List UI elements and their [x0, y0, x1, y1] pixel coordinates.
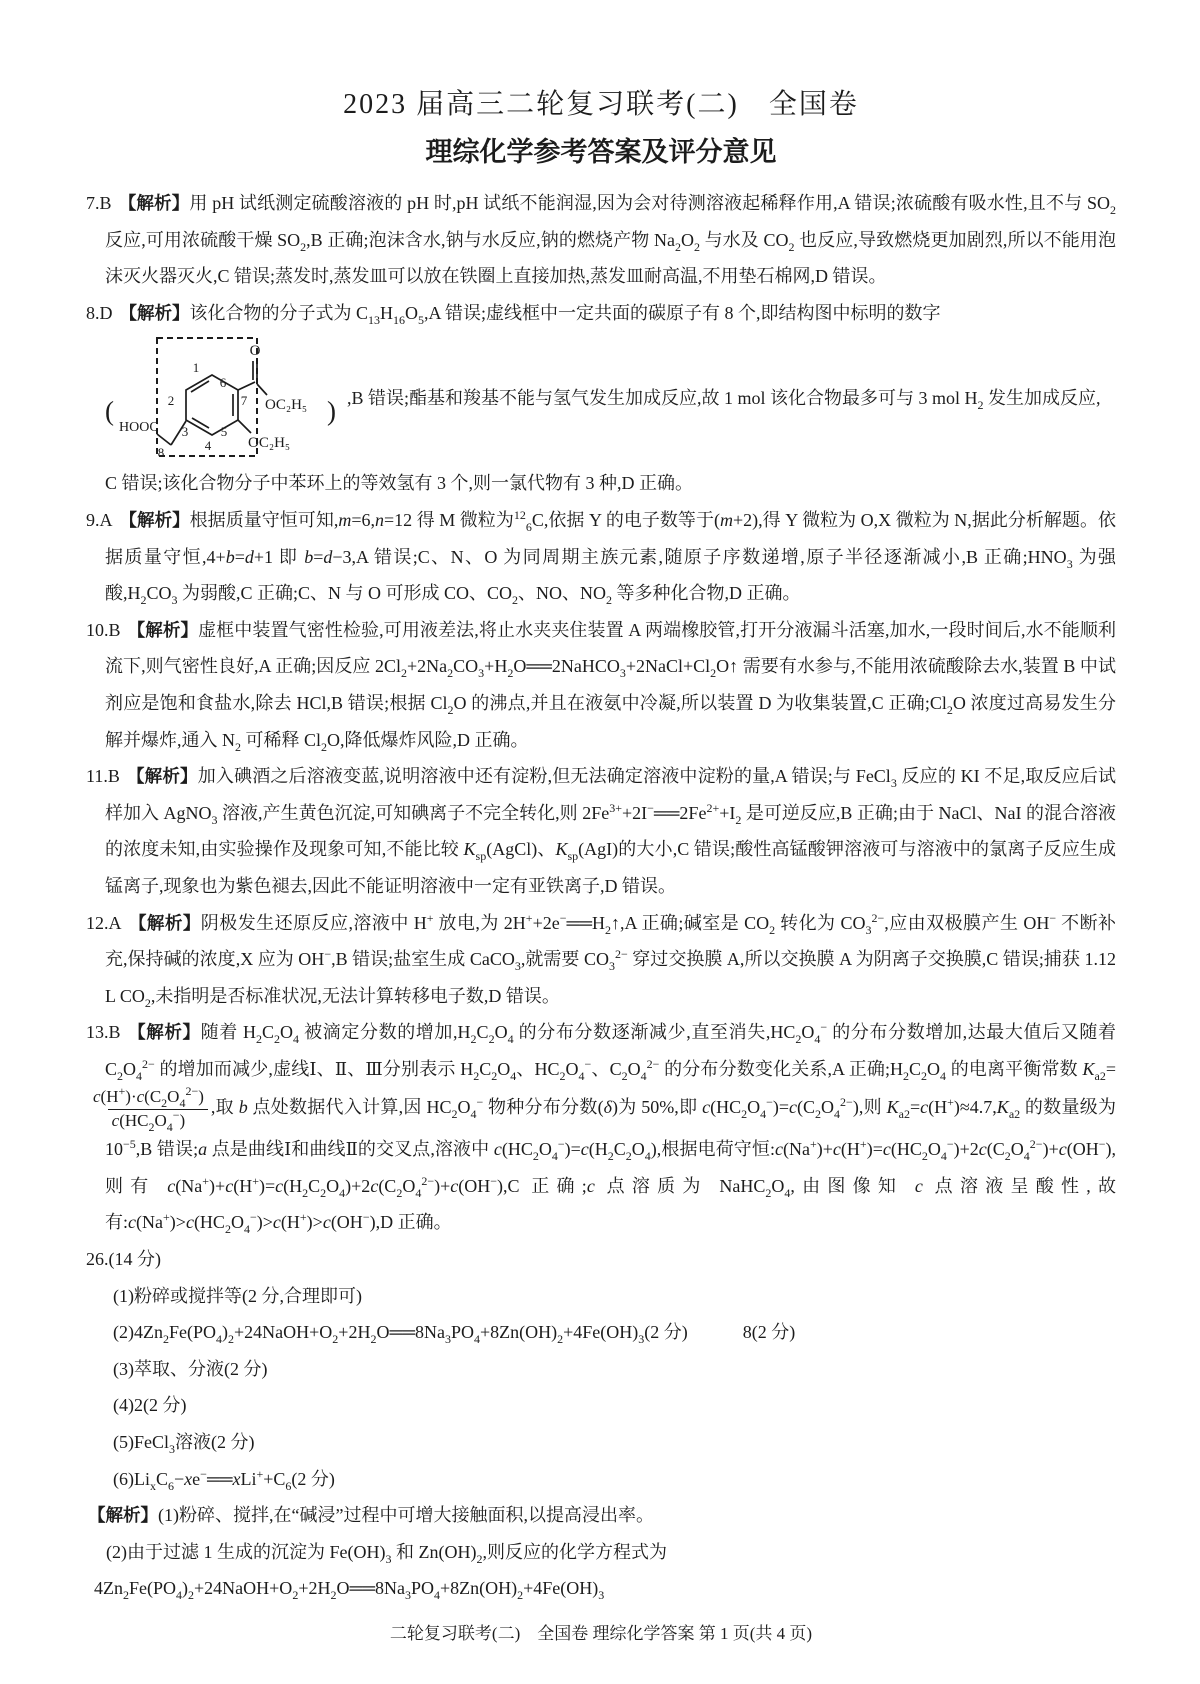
atom-number-1: 1	[193, 360, 200, 375]
q26-item-2: (2)4Zn2Fe(PO4)2+24NaOH+O2+2H2O══8Na3PO4+…	[86, 1314, 1116, 1351]
answer-q11: 11.B【解析】加入碘酒之后溶液变蓝,说明溶液中还有淀粉,但无法确定溶液中淀粉的…	[86, 758, 1116, 904]
carboxyl-group: HOOC	[119, 420, 159, 435]
q26-item-3-text: (3)萃取、分液(2 分)	[113, 1359, 267, 1379]
analysis-label: 【解析】	[128, 1022, 201, 1042]
q26-item-3: (3)萃取、分液(2 分)	[86, 1351, 1116, 1388]
q26-equation-line: 4Zn2Fe(PO4)2+24NaOH+O2+2H2O══8Na3PO4+8Zn…	[86, 1570, 1116, 1607]
answer-text-q7: 用 pH 试纸测定硫酸溶液的 pH 时,pH 试纸不能润湿,因为会对待测溶液起稀…	[105, 193, 1116, 286]
analysis-label: 【解析】	[119, 193, 190, 213]
left-paren: (	[105, 396, 114, 426]
atom-number-3: 3	[182, 424, 189, 439]
q26-item-4-text: (4)2(2 分)	[113, 1395, 186, 1415]
answer-q9: 9.A【解析】根据质量守恒可知,m=6,n=12 得 M 微粒为126C,依据 …	[86, 502, 1116, 612]
answer-text-q8-after: ,B 错误;酯基和羧基不能与氢气发生加成反应,故 1 mol 该化合物最多可与 …	[347, 380, 1116, 417]
exam-answer-page: 2023 届高三二轮复习联考(二) 全国卷 理综化学参考答案及评分意见 7.B【…	[0, 0, 1200, 1649]
q26-header: 26.(14 分)	[86, 1241, 1116, 1278]
question-number-11: 11.B	[86, 766, 120, 786]
atom-number-5: 5	[221, 424, 228, 439]
question-number-26: 26.(14 分)	[86, 1249, 161, 1269]
answer-text-q10: 虚框中装置气密性检验,可用液差法,将止水夹夹住装置 A 两端橡胶管,打开分液漏斗…	[105, 620, 1116, 750]
answer-q10: 10.B【解析】虚框中装置气密性检验,可用液差法,将止水夹夹住装置 A 两端橡胶…	[86, 612, 1116, 758]
analysis-label: 【解析】	[120, 510, 190, 530]
analysis-label: 【解析】	[127, 766, 198, 786]
question-number-12: 12.A	[86, 913, 122, 933]
molecule-structure-row: ( O OC₂H₅ OC₂H₅ HOOC 1 2 3 4 5 6 7 8 )	[86, 334, 1116, 462]
atom-number-7: 7	[241, 393, 248, 408]
answer-text-q11: 加入碘酒之后溶液变蓝,说明溶液中还有淀粉,但无法确定溶液中淀粉的量,A 错误;与…	[105, 766, 1116, 896]
question-number-8: 8.D	[86, 303, 113, 323]
benzene-ring-structure-diagram: ( O OC₂H₅ OC₂H₅ HOOC 1 2 3 4 5 6 7 8 )	[105, 334, 343, 462]
atom-number-4: 4	[205, 438, 212, 453]
question-number-13: 13.B	[86, 1022, 121, 1042]
question-number-9: 9.A	[86, 510, 113, 530]
ester-group-1: OC₂H₅	[265, 397, 307, 413]
analysis-label: 【解析】	[88, 1505, 158, 1525]
q26-equation-text: 4Zn2Fe(PO4)2+24NaOH+O2+2H2O══8Na3PO4+8Zn…	[94, 1578, 604, 1598]
right-paren: )	[327, 396, 336, 426]
answer-text-q12: 阴极发生还原反应,溶液中 H+ 放电,为 2H++2e−══H2↑,A 正确;碱…	[105, 913, 1116, 1006]
answer-q8: 8.D【解析】该化合物的分子式为 C13H16O5,A 错误;虚线框中一定共面的…	[86, 295, 1116, 332]
page-title: 2023 届高三二轮复习联考(二) 全国卷	[86, 82, 1116, 122]
answer-q7: 7.B【解析】用 pH 试纸测定硫酸溶液的 pH 时,pH 试纸不能润湿,因为会…	[86, 185, 1116, 295]
q26-item-6: (6)LixC6−xe−══xLi++C6(2 分)	[86, 1461, 1116, 1498]
answer-text-q8-intro: 该化合物的分子式为 C13H16O5,A 错误;虚线框中一定共面的碳原子有 8 …	[190, 303, 941, 323]
answer-q13: 13.B【解析】随着 H2C2O4 被滴定分数的增加,H2C2O4 的分布分数逐…	[86, 1014, 1116, 1241]
atom-number-8: 8	[158, 445, 165, 460]
ka2-fraction: c(H+)·c(C2O42−)c(HC2O4−)	[108, 1087, 208, 1131]
atom-number-2: 2	[168, 393, 175, 408]
q26-item-2-text: (2)4Zn2Fe(PO4)2+24NaOH+O2+2H2O══8Na3PO4+…	[113, 1322, 688, 1342]
q26-item-1: (1)粉碎或搅拌等(2 分,合理即可)	[86, 1278, 1116, 1315]
answer-text-q13-part1: 随着 H2C2O4 被滴定分数的增加,H2C2O4 的分布分数逐渐减少,直至消失…	[105, 1022, 1116, 1079]
page-footer: 二轮复习联考(二) 全国卷 理综化学答案 第 1 页(共 4 页)	[86, 1619, 1116, 1649]
analysis-label: 【解析】	[128, 620, 199, 640]
fraction-numerator: c(H+)·c(C2O42−)	[108, 1087, 208, 1109]
q26-item-5-text: (5)FeCl3溶液(2 分)	[113, 1432, 255, 1452]
answer-text-q13-part2: ,取 b 点处数据代入计算,因 HC2O4− 物种分布分数(δ)为 50%,即 …	[105, 1097, 1116, 1232]
q26-item-5: (5)FeCl3溶液(2 分)	[86, 1424, 1116, 1461]
q26-analysis-line1: 【解析】(1)粉碎、搅拌,在“碱浸”过程中可增大接触面积,以提高浸出率。	[86, 1497, 1116, 1534]
q26-analysis-line2: (2)由于过滤 1 生成的沉淀为 Fe(OH)3 和 Zn(OH)2,则反应的化…	[86, 1534, 1116, 1571]
q26-item-4: (4)2(2 分)	[86, 1387, 1116, 1424]
q26-analysis-2-text: (2)由于过滤 1 生成的沉淀为 Fe(OH)3 和 Zn(OH)2,则反应的化…	[106, 1542, 667, 1562]
q26-analysis-1-text: (1)粉碎、搅拌,在“碱浸”过程中可增大接触面积,以提高浸出率。	[158, 1505, 654, 1525]
benzene-ring	[186, 375, 238, 435]
question-number-7: 7.B	[86, 193, 112, 213]
ester-group-2: OC₂H₅	[248, 435, 290, 451]
answer-text-q8-last: C 错误;该化合物分子中苯环上的等效氢有 3 个,则一氯代物有 3 种,D 正确…	[86, 465, 1116, 502]
carbonyl-oxygen: O	[250, 343, 261, 359]
q26-item-1-text: (1)粉碎或搅拌等(2 分,合理即可)	[113, 1286, 362, 1306]
page-subtitle: 理综化学参考答案及评分意见	[86, 130, 1116, 169]
analysis-label: 【解析】	[129, 913, 201, 933]
q26-item-2-extra-score: 8(2 分)	[743, 1322, 796, 1342]
analysis-label: 【解析】	[120, 303, 190, 323]
fraction-denominator: c(HC2O4−)	[108, 1110, 208, 1131]
q26-item-6-text: (6)LixC6−xe−══xLi++C6(2 分)	[113, 1469, 335, 1489]
question-number-10: 10.B	[86, 620, 121, 640]
atom-number-6: 6	[220, 375, 227, 390]
answer-text-q9: 根据质量守恒可知,m=6,n=12 得 M 微粒为126C,依据 Y 的电子数等…	[105, 510, 1116, 603]
answer-q12: 12.A【解析】阴极发生还原反应,溶液中 H+ 放电,为 2H++2e−══H2…	[86, 905, 1116, 1015]
